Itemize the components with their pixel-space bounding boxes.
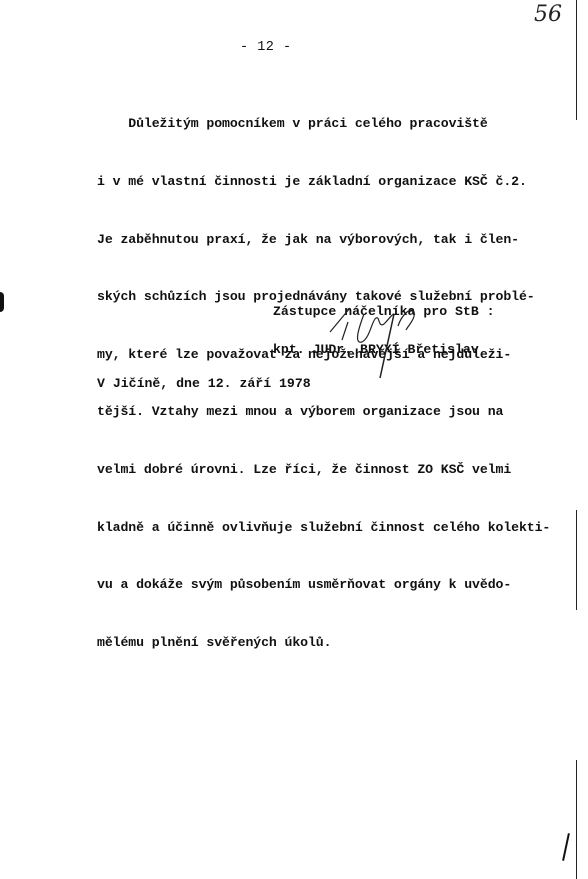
page-edge-line [576, 0, 577, 120]
handwritten-signature [320, 300, 460, 380]
page-edge-line [576, 510, 577, 610]
place-and-date: V Jičíně, dne 12. září 1978 [97, 376, 311, 391]
body-line: tější. Vztahy mezi mnou a výborem organi… [97, 402, 547, 421]
pen-mark [562, 833, 570, 861]
body-line: i v mé vlastní činnosti je základní orga… [97, 172, 547, 191]
body-line: vu a dokáže svým působením usměrňovat or… [97, 575, 547, 594]
body-line: mělému plnění svěřených úkolů. [97, 633, 547, 652]
archive-page-number: 56 [534, 2, 562, 27]
punch-hole [0, 292, 4, 312]
page-number: - 12 - [240, 40, 292, 55]
page-edge-line [576, 760, 577, 879]
body-line: kladně a účinně ovlivňuje služební činno… [97, 518, 547, 537]
body-line: velmi dobré úrovni. Lze říci, že činnost… [97, 460, 547, 479]
body-line: Důležitým pomocníkem v práci celého prac… [97, 114, 547, 133]
body-line: Je zaběhnutou praxí, že jak na výborovýc… [97, 230, 547, 249]
